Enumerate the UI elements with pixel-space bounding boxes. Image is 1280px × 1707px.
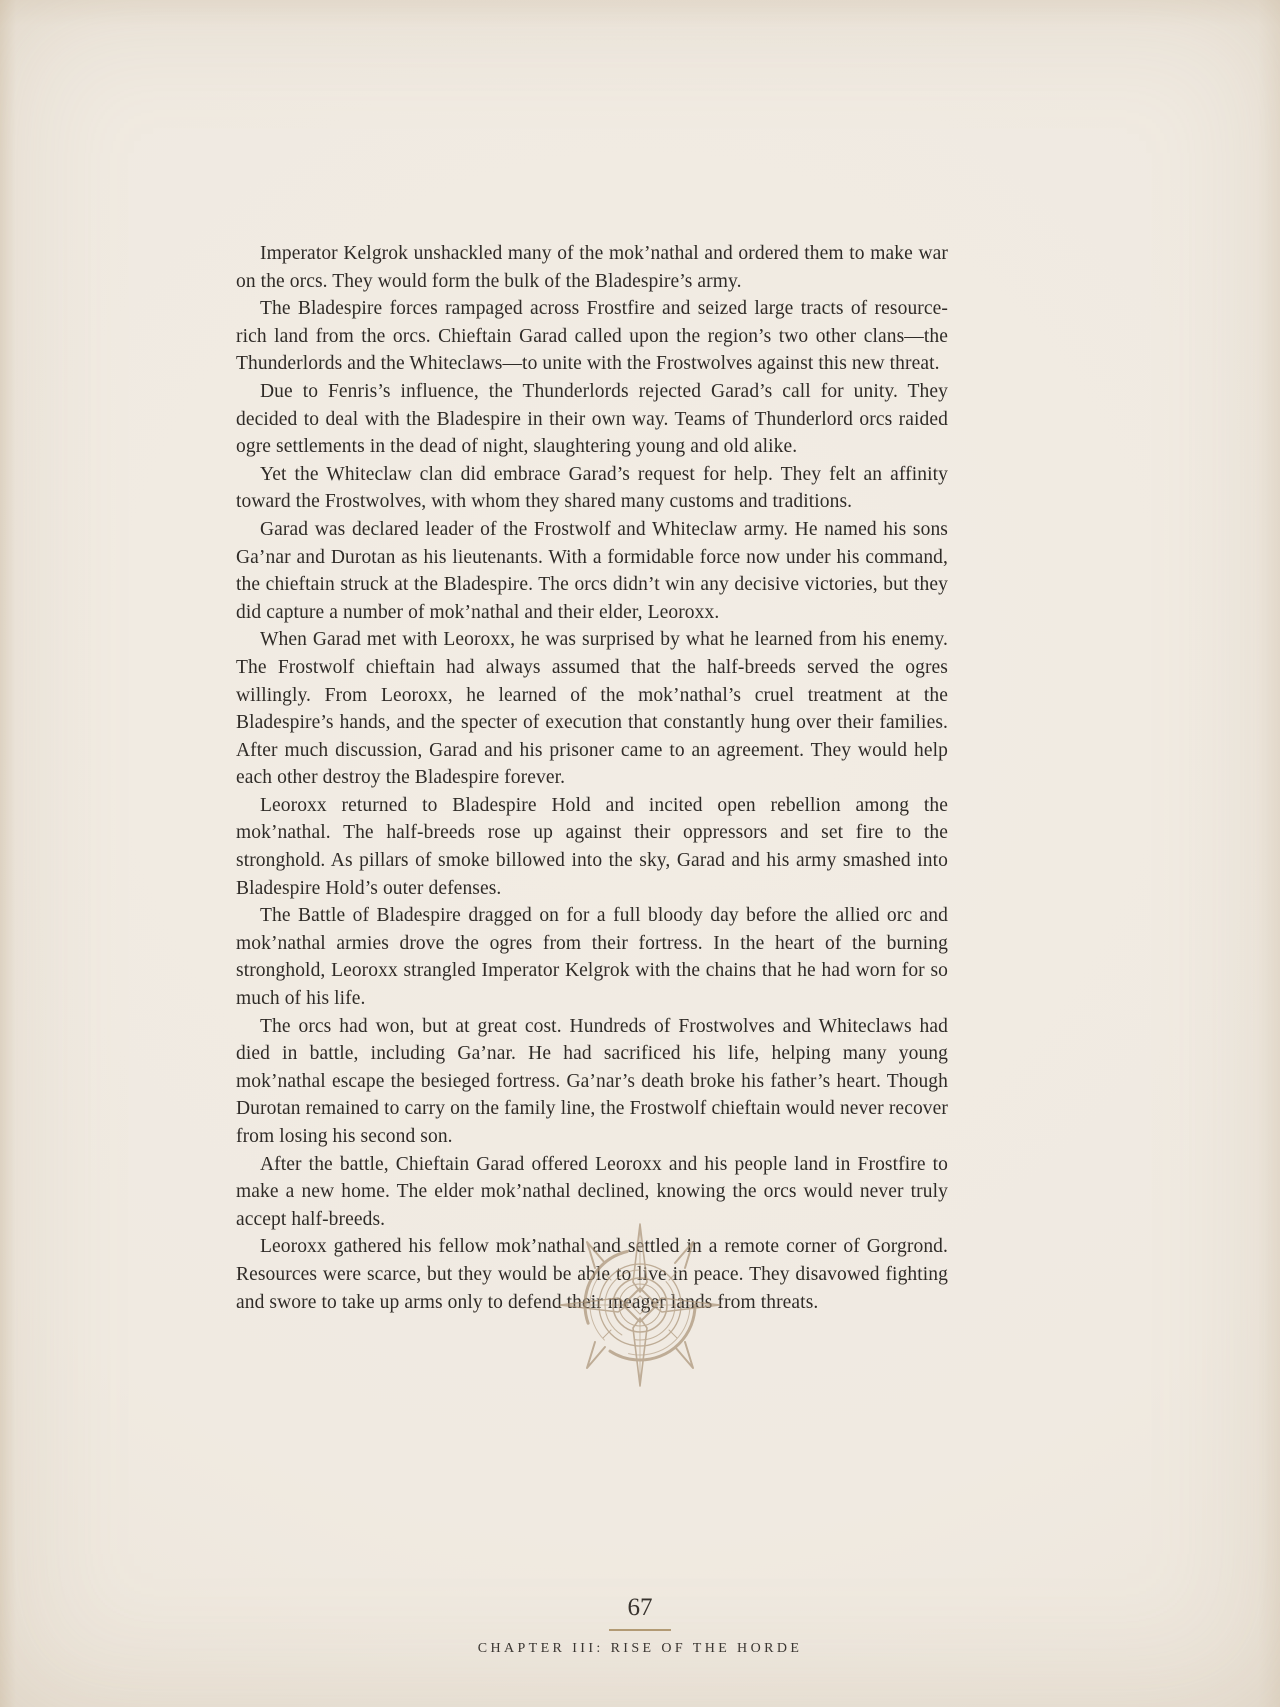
paragraph: Yet the Whiteclaw clan did embrace Garad… [236, 461, 948, 516]
compass-rose-ornament-icon [557, 1222, 723, 1388]
paragraph: Due to Fenris’s influence, the Thunderlo… [236, 378, 948, 461]
chapter-title: CHAPTER III: RISE OF THE HORDE [0, 1641, 1280, 1657]
book-page: Imperator Kelgrok unshackled many of the… [0, 0, 1280, 1707]
paragraph: Imperator Kelgrok unshackled many of the… [236, 240, 948, 295]
paragraph: When Garad met with Leoroxx, he was surp… [236, 626, 948, 792]
paragraph: Garad was declared leader of the Frostwo… [236, 516, 948, 626]
footer-rule [609, 1629, 671, 1631]
paragraph: The orcs had won, but at great cost. Hun… [236, 1013, 948, 1151]
page-number: 67 [0, 1594, 1280, 1622]
paragraph: After the battle, Chieftain Garad offere… [236, 1151, 948, 1234]
body-text: Imperator Kelgrok unshackled many of the… [236, 240, 948, 1316]
paragraph: The Battle of Bladespire dragged on for … [236, 902, 948, 1012]
paragraph: The Bladespire forces rampaged across Fr… [236, 295, 948, 378]
paragraph: Leoroxx returned to Bladespire Hold and … [236, 792, 948, 902]
